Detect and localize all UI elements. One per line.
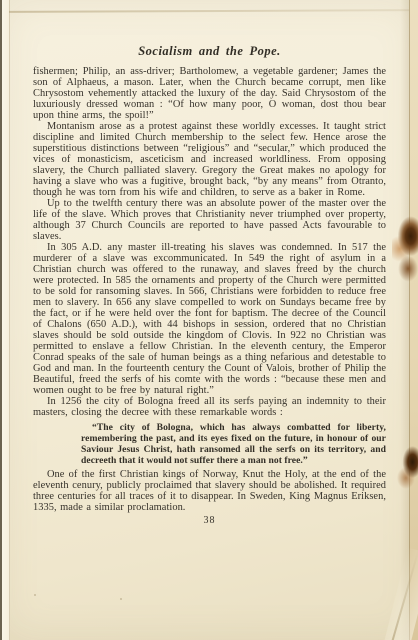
running-header: Socialism and the Pope. xyxy=(33,44,386,59)
body-paragraph-5: In 1256 the city of Bologna freed all it… xyxy=(33,396,386,418)
body-paragraph-1: fishermen; Philip, an ass-driver; Bartho… xyxy=(33,66,386,121)
body-paragraph-6: One of the first Christian kings of Norw… xyxy=(33,469,386,513)
text-column: Socialism and the Pope. fishermen; Phili… xyxy=(33,44,386,526)
paper-speck xyxy=(34,594,36,596)
blockquote-bologna-decree: “The city of Bologna, which has always c… xyxy=(81,422,386,466)
paper-speck xyxy=(120,598,122,600)
burn-stain-upper xyxy=(392,208,418,282)
page-left-deckle-edge xyxy=(2,0,10,640)
page-number: 38 xyxy=(33,515,386,526)
scanned-book-page: Socialism and the Pope. fishermen; Phili… xyxy=(0,0,418,640)
body-paragraph-4: In 305 A.D. any master ill-treating his … xyxy=(33,242,386,396)
burn-stain-lower xyxy=(396,442,418,492)
page-right-edge-band xyxy=(409,0,418,640)
body-paragraph-2: Montanism arose as a protest against the… xyxy=(33,121,386,198)
body-paragraph-3: Up to the twelfth century there was an a… xyxy=(33,198,386,242)
